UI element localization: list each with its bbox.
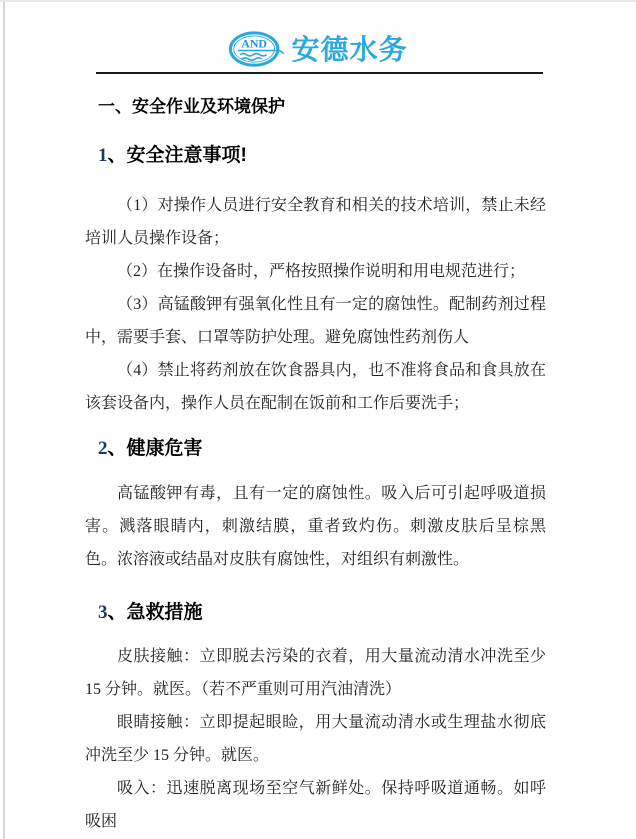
section-2-number: 2 [98,438,108,459]
section-3-heading: 3、急救措施 [98,600,546,626]
paragraph-1-3: （3）高锰酸钾有强氧化性且有一定的腐蚀性。配制药剂过程中，需要手套、口罩等防护处… [85,288,546,354]
document-page: AND 安德水务 一、安全作业及环境保护 1、安全注意事项! （1）对操作人员进… [0,0,636,839]
paragraph-3-2: 眼睛接触：立即提起眼睑，用大量流动清水或生理盐水彻底冲洗至少 15 分钟。就医。 [85,706,546,772]
document-body: 一、安全作业及环境保护 1、安全注意事项! （1）对操作人员进行安全教育和相关的… [85,95,546,838]
page-left-edge [3,0,5,839]
section-1-number: 1 [98,145,108,166]
section-1-heading: 1、安全注意事项! [98,143,546,169]
page-header: AND 安德水务 [0,0,636,74]
header-rule [96,72,543,74]
logo-globe-icon: AND [228,31,286,69]
section-3-separator: 、 [108,602,127,623]
paragraph-3-1: 皮肤接触：立即脱去污染的衣着，用大量流动清水冲洗至少 15 分钟。就医。（若不严… [85,640,546,706]
company-name: 安德水务 [291,36,407,64]
paragraph-1-2: （2）在操作设备时，严格按照操作说明和用电规范进行； [85,255,546,288]
section-1-title: 安全注意事项! [127,145,247,166]
paragraph-1-4: （4）禁止将药剂放在饮食器具内，也不准将食品和食具放在该套设备内，操作人员在配制… [85,354,546,420]
company-logo: AND 安德水务 [0,0,636,70]
section-2-title: 健康危害 [127,438,203,459]
page-top-edge [0,0,636,2]
section-1-separator: 、 [108,145,127,166]
section-2-separator: 、 [108,438,127,459]
main-heading: 一、安全作业及环境保护 [98,95,546,119]
section-3-title: 急救措施 [127,602,203,623]
paragraph-1-1: （1）对操作人员进行安全教育和相关的技术培训，禁止未经培训人员操作设备； [85,189,546,255]
section-2-heading: 2、健康危害 [98,436,546,462]
paragraph-3-3: 吸入：迅速脱离现场至空气新鲜处。保持呼吸道通畅。如呼吸困 [85,772,546,838]
logo-abbr: AND [242,37,268,51]
paragraph-2-1: 高锰酸钾有毒，且有一定的腐蚀性。吸入后可引起呼吸道损害。溅落眼睛内，刺激结膜，重… [85,477,546,576]
section-3-number: 3 [98,602,108,623]
